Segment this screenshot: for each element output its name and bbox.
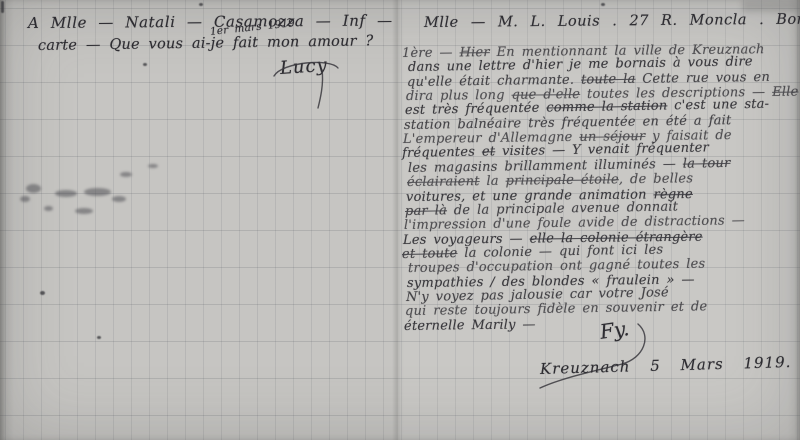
ink-speck <box>199 3 203 6</box>
page-fold-shadow <box>392 0 404 440</box>
smudge <box>55 190 77 197</box>
ink-speck <box>601 3 605 6</box>
smudge <box>44 206 53 211</box>
corner-smudge <box>742 0 800 12</box>
handwriting-line: éternelle Marily — <box>404 317 536 334</box>
smudge <box>84 188 111 196</box>
note-line: carte — Que vous ai-je fait mon amour ? <box>38 33 374 54</box>
smudge <box>148 164 158 168</box>
smudge <box>120 172 132 177</box>
smudge <box>75 208 93 214</box>
place: Kreuznach <box>540 357 631 378</box>
monogram-flourish <box>560 318 680 388</box>
ink-speck <box>143 63 147 66</box>
smudge <box>20 196 30 202</box>
ink-speck <box>40 291 45 295</box>
ink-speck <box>97 336 101 339</box>
smudge <box>112 196 126 202</box>
letter-scan: A Mlle — Natali — Casamozza — Inf — cart… <box>0 0 800 440</box>
signature-flourish <box>272 56 352 111</box>
ink-speck <box>1 1 4 13</box>
address-line: Mlle — M. L. Louis . 27 R. Moncla . Bord… <box>424 11 800 31</box>
smudge <box>26 184 41 193</box>
